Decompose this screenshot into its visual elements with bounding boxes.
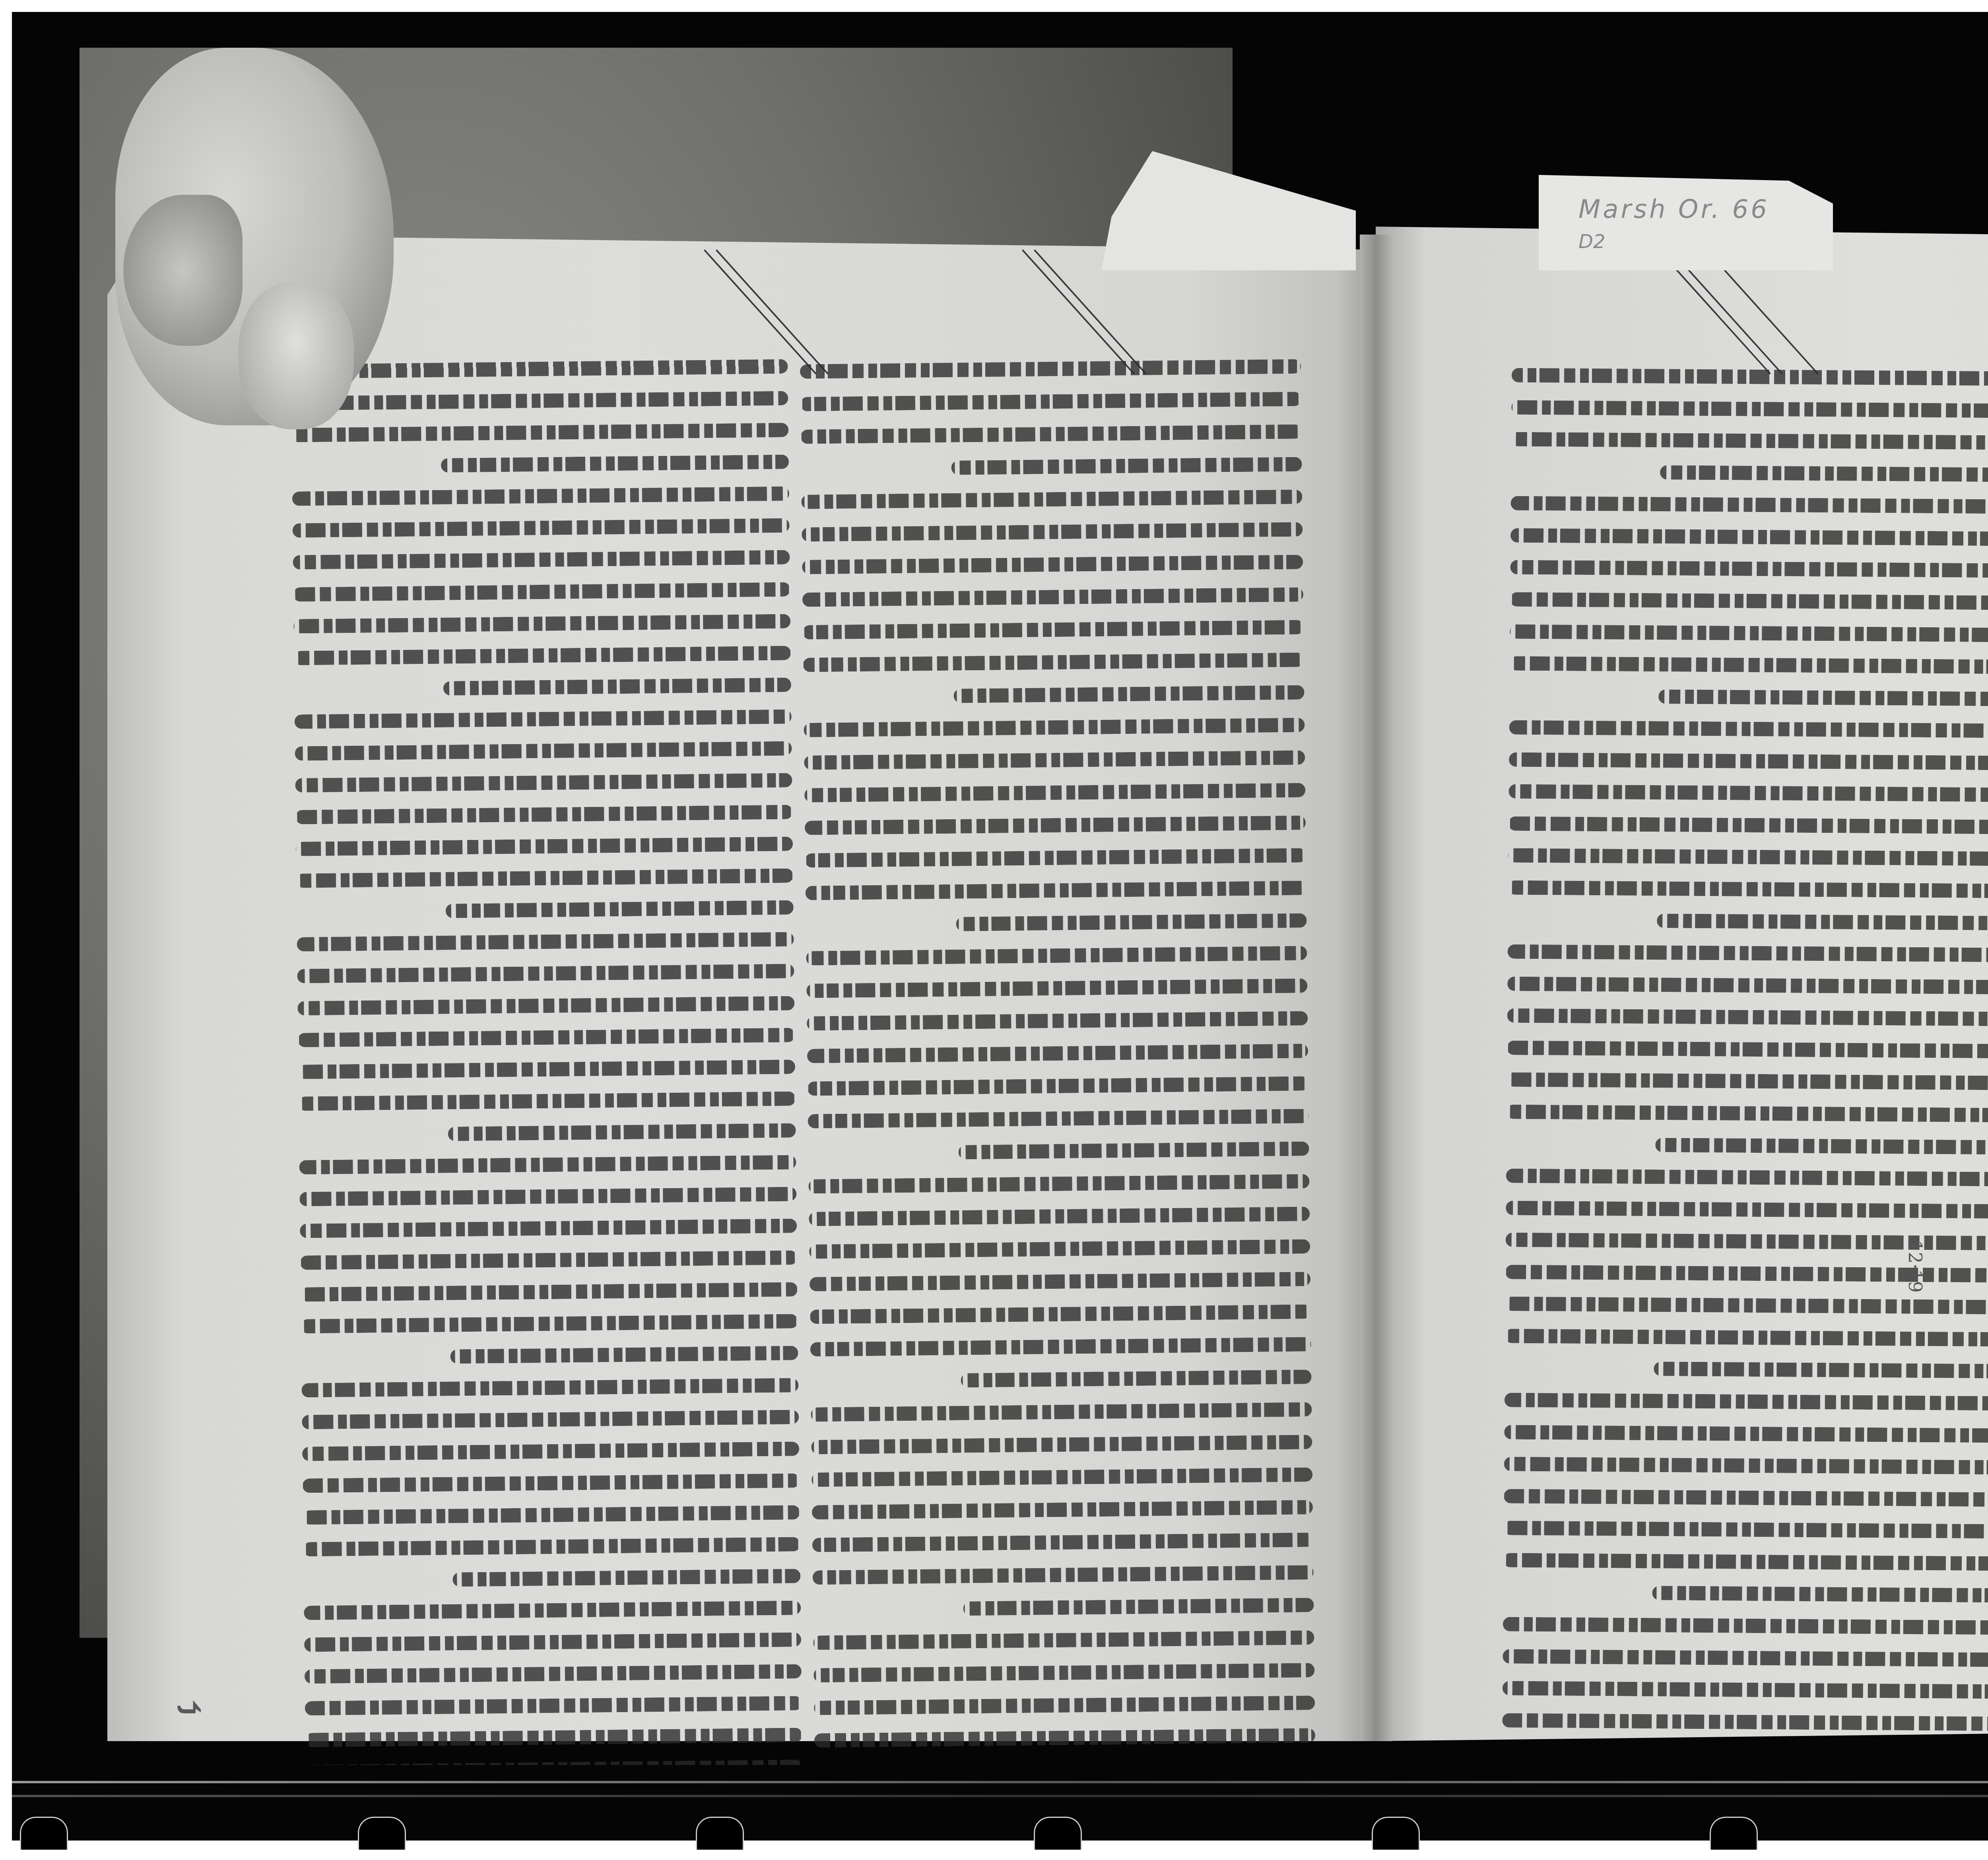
manuscript-text-line <box>804 750 1305 770</box>
manuscript-text-line <box>801 424 1302 444</box>
open-manuscript <box>107 219 1988 1757</box>
text-column-left-outer <box>291 359 802 1780</box>
manuscript-text-line <box>299 1091 796 1111</box>
manuscript-text-line <box>297 964 794 983</box>
manuscript-text-line <box>1510 496 1988 514</box>
manuscript-text-line <box>804 783 1305 802</box>
manuscript-text-line <box>1505 1297 1988 1315</box>
manuscript-text-line <box>803 652 1304 672</box>
manuscript-text-line <box>298 1059 795 1079</box>
manuscript-text-line <box>809 1206 1310 1226</box>
manuscript-text-line <box>1510 528 1988 546</box>
manuscript-text-line <box>807 1043 1308 1063</box>
manuscript-text-line <box>1504 1489 1988 1507</box>
manuscript-text-line <box>951 457 1302 475</box>
manuscript-text-line <box>806 978 1307 998</box>
film-scratch-line <box>12 1781 1988 1783</box>
manuscript-text-line <box>1507 1009 1988 1026</box>
quire-mark: ܝ <box>175 1670 203 1725</box>
left-hand-thumb <box>239 282 354 429</box>
manuscript-text-line <box>296 869 793 888</box>
manuscript-text-line <box>452 1569 800 1587</box>
manuscript-text-line <box>1503 1521 1988 1539</box>
manuscript-text-line <box>1509 752 1988 770</box>
manuscript-text-line <box>1503 1681 1988 1699</box>
manuscript-text-line <box>808 1076 1309 1096</box>
manuscript-text-line <box>291 423 788 442</box>
manuscript-text-line <box>1503 1617 1988 1635</box>
manuscript-text-line <box>1508 784 1988 802</box>
manuscript-text-line <box>956 913 1307 931</box>
film-sprocket-hole <box>358 1817 406 1850</box>
manuscript-text-line <box>802 587 1303 607</box>
manuscript-text-line <box>443 677 791 695</box>
microfilm-frame: Marsh Or. 66 D2 ܝ 12·19 <box>12 12 1988 1841</box>
manuscript-text-line <box>1510 592 1988 610</box>
manuscript-text-line <box>814 1728 1315 1748</box>
manuscript-text-line <box>293 614 790 633</box>
manuscript-text-line <box>302 1441 799 1461</box>
manuscript-text-line <box>813 1565 1314 1585</box>
text-column-left-inner <box>800 359 1315 1748</box>
book-gutter <box>1360 235 1392 1741</box>
manuscript-text-line <box>297 996 794 1015</box>
manuscript-text-line <box>1658 689 1988 706</box>
manuscript-text-line <box>1510 560 1988 578</box>
manuscript-text-line <box>1509 720 1988 738</box>
manuscript-text-line <box>812 1467 1312 1487</box>
manuscript-text-line <box>295 741 792 760</box>
manuscript-text-line <box>446 900 794 918</box>
manuscript-text-line <box>805 848 1306 867</box>
film-sprocket-hole <box>1710 1817 1758 1850</box>
manuscript-text-line <box>293 518 790 538</box>
manuscript-text-line <box>953 685 1304 703</box>
manuscript-text-line <box>1505 1329 1988 1346</box>
manuscript-text-line <box>1507 1040 1988 1058</box>
manuscript-text-line <box>804 718 1305 737</box>
manuscript-text-line <box>294 646 791 665</box>
manuscript-text-line <box>1506 1201 1988 1218</box>
manuscript-text-line <box>1655 1138 1988 1154</box>
manuscript-text-line <box>1508 848 1988 866</box>
film-scratch-line <box>12 1795 1988 1797</box>
manuscript-text-line <box>1508 881 1988 898</box>
manuscript-text-line <box>963 1598 1314 1616</box>
manuscript-text-line <box>805 815 1306 835</box>
shelfmark-text: Marsh Or. 66 <box>1578 195 1769 224</box>
manuscript-text-line <box>301 1282 798 1302</box>
manuscript-text-line <box>1511 400 1988 418</box>
manuscript-text-line <box>802 522 1303 541</box>
manuscript-text-line <box>441 455 789 473</box>
manuscript-text-line <box>450 1346 798 1364</box>
film-sprocket-hole <box>1034 1817 1082 1850</box>
manuscript-text-line <box>1512 368 1988 386</box>
manuscript-text-line <box>304 1633 801 1652</box>
manuscript-text-line <box>1652 1586 1988 1603</box>
film-sprocket-hole <box>20 1817 68 1850</box>
manuscript-text-line <box>812 1500 1313 1519</box>
manuscript-text-line <box>1508 945 1988 962</box>
manuscript-text-line <box>1503 1649 1988 1667</box>
manuscript-text-line <box>303 1537 800 1556</box>
manuscript-text-line <box>298 1028 795 1047</box>
manuscript-text-line <box>295 773 792 793</box>
manuscript-text-line <box>305 1728 802 1748</box>
manuscript-text-line <box>299 1187 796 1206</box>
manuscript-text-line <box>808 1174 1309 1193</box>
manuscript-text-line <box>806 946 1307 965</box>
manuscript-text-line <box>302 1410 799 1429</box>
manuscript-text-line <box>292 487 789 506</box>
manuscript-text-line <box>958 1141 1309 1159</box>
manuscript-text-line <box>810 1337 1311 1356</box>
manuscript-text-line <box>1511 432 1988 450</box>
manuscript-text-line <box>293 550 790 570</box>
film-strip-edge <box>12 1765 1988 1841</box>
manuscript-text-line <box>299 1155 796 1174</box>
manuscript-text-line <box>813 1630 1314 1650</box>
manuscript-text-line <box>1507 1073 1988 1090</box>
manuscript-text-line <box>810 1304 1311 1324</box>
manuscript-text-line <box>295 805 792 824</box>
manuscript-text-line <box>806 881 1307 900</box>
manuscript-text-line <box>810 1272 1310 1291</box>
manuscript-text-line <box>301 1314 798 1334</box>
marginal-note: 12·19 <box>1905 1240 1926 1293</box>
manuscript-text-line <box>297 932 794 952</box>
manuscript-text-line <box>448 1123 796 1141</box>
manuscript-text-line <box>305 1696 802 1716</box>
manuscript-text-line <box>1503 1553 1988 1571</box>
film-sprocket-hole <box>696 1817 744 1850</box>
manuscript-text-line <box>304 1600 801 1620</box>
manuscript-text-line <box>305 1664 802 1684</box>
manuscript-text-line <box>1660 465 1988 482</box>
manuscript-text-line <box>1510 624 1988 642</box>
film-sprocket-hole <box>1372 1817 1420 1850</box>
manuscript-text-line <box>961 1369 1311 1387</box>
manuscript-text-line <box>303 1473 800 1493</box>
manuscript-text-line <box>813 1663 1314 1682</box>
manuscript-text-line <box>807 1011 1308 1030</box>
manuscript-text-line <box>811 1402 1312 1422</box>
manuscript-text-line <box>1504 1457 1988 1475</box>
manuscript-text-line <box>800 392 1301 411</box>
manuscript-text-line <box>1505 1393 1988 1411</box>
manuscript-text-line <box>814 1695 1315 1715</box>
manuscript-text-line <box>1506 1169 1988 1187</box>
left-hand-finger <box>123 195 243 346</box>
manuscript-text-line <box>296 837 793 856</box>
manuscript-text-line <box>803 620 1304 639</box>
manuscript-text-line <box>811 1435 1312 1454</box>
manuscript-text-line <box>301 1378 798 1397</box>
manuscript-text-line <box>300 1251 797 1270</box>
manuscript-text-line <box>303 1505 800 1524</box>
manuscript-text-line <box>1654 1362 1988 1379</box>
text-column-right-inner <box>1502 368 1988 1731</box>
manuscript-text-line <box>1657 914 1988 930</box>
manuscript-text-line <box>1510 656 1988 674</box>
manuscript-text-line <box>809 1239 1310 1259</box>
manuscript-text-line <box>1507 1105 1988 1123</box>
manuscript-text-line <box>293 582 790 601</box>
manuscript-text-line <box>300 1219 797 1238</box>
manuscript-text-line <box>1504 1425 1988 1443</box>
manuscript-text-line <box>295 709 792 729</box>
manuscript-text-line <box>812 1532 1313 1552</box>
manuscript-text-line <box>1508 817 1988 834</box>
manuscript-text-line <box>1507 976 1988 994</box>
shelfmark-label: Marsh Or. 66 D2 <box>1539 175 1833 270</box>
manuscript-text-line <box>802 555 1303 574</box>
shelfmark-subtext: D2 <box>1578 231 1606 253</box>
manuscript-text-line <box>801 489 1302 509</box>
manuscript-text-line <box>808 1109 1309 1128</box>
manuscript-text-line <box>291 391 788 411</box>
